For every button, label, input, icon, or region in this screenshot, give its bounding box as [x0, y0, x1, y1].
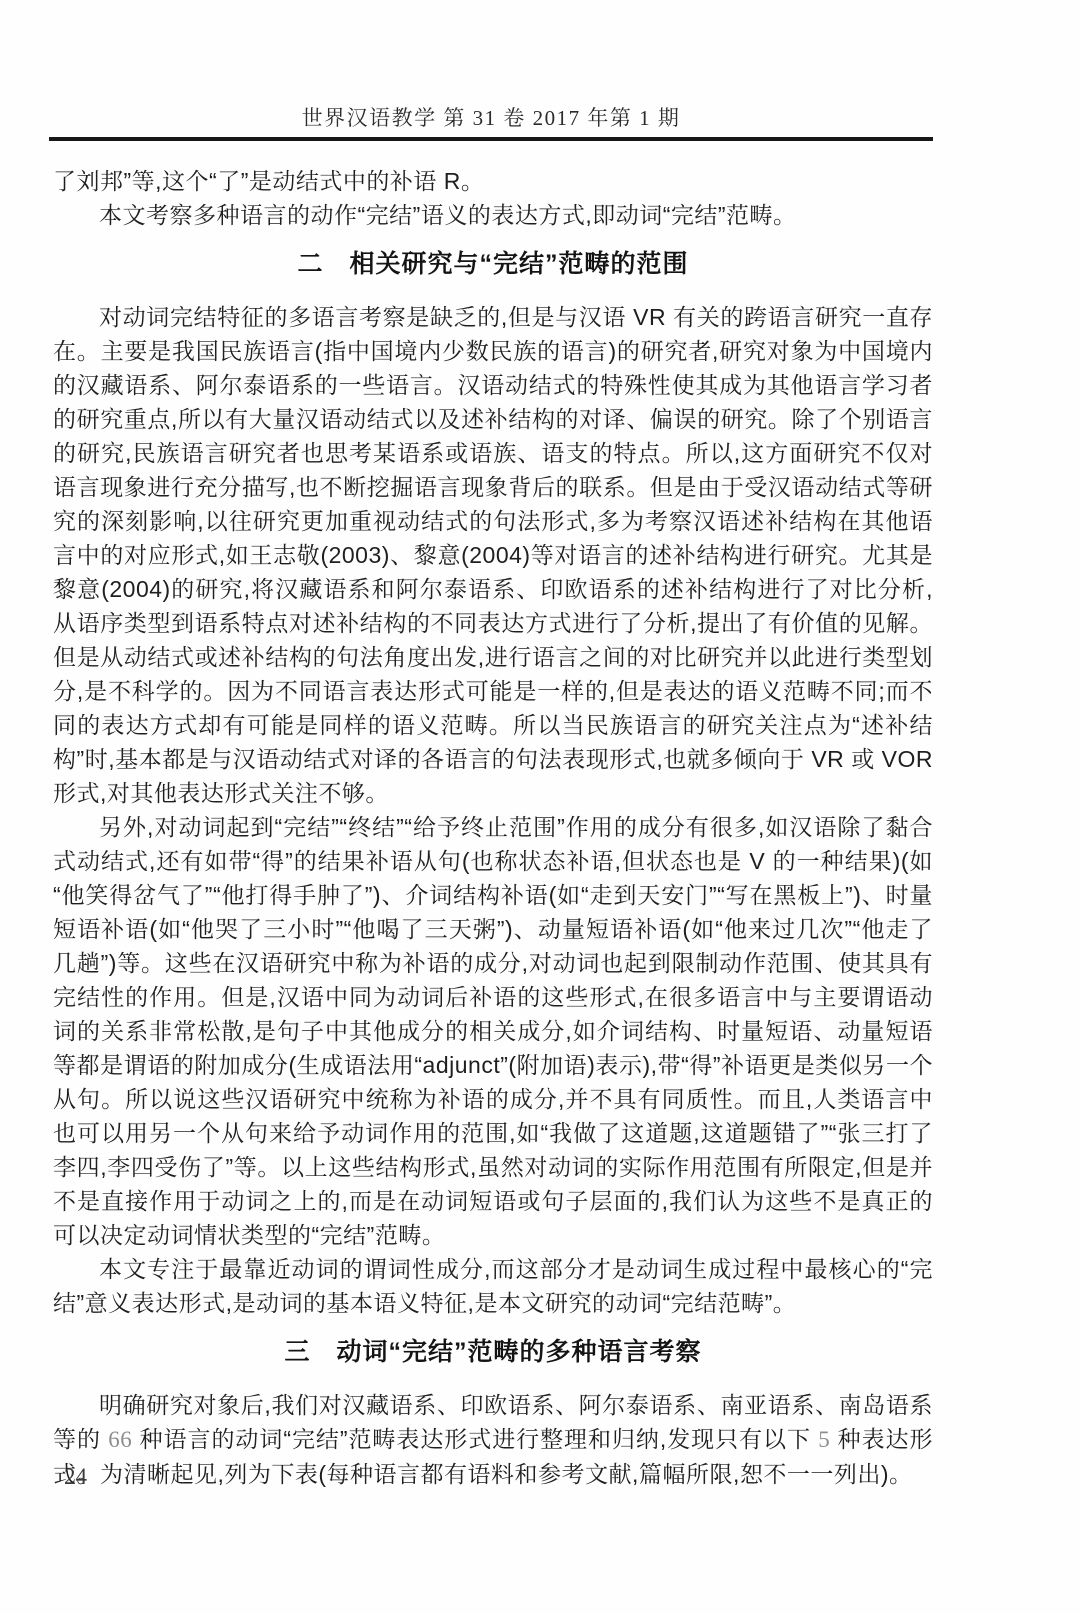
- section-heading-3: 三 动词“完结”范畴的多种语言考察: [53, 1334, 933, 1370]
- paragraph-text: 种语言的动词“完结”范畴表达形式进行整理和归纳,发现只有以下: [132, 1426, 818, 1452]
- paragraph-intro: 本文考察多种语言的动作“完结”语义的表达方式,即动词“完结”范畴。: [53, 198, 933, 232]
- paragraph-section2-1: 对动词完结特征的多语言考察是缺乏的,但是与汉语 VR 有关的跨语言研究一直存在。…: [53, 300, 933, 810]
- header-rule: [49, 137, 933, 141]
- language-count-value: 66: [108, 1427, 132, 1452]
- expression-type-count-value: 5: [818, 1427, 830, 1452]
- paragraph-section2-3: 本文专注于最靠近动词的谓词性成分,而这部分才是动词生成过程中最核心的“完结”意义…: [53, 1252, 933, 1320]
- paragraph-continuation: 了刘邦”等,这个“了”是动结式中的补语 R。: [53, 164, 933, 198]
- scanned-paper-page: 世界汉语教学 第 31 卷 2017 年第 1 期 了刘邦”等,这个“了”是动结…: [0, 0, 1080, 1613]
- article-body: 了刘邦”等,这个“了”是动结式中的补语 R。 本文考察多种语言的动作“完结”语义…: [53, 164, 933, 1491]
- paragraph-section2-2: 另外,对动词起到“完结”“终结”“给予终止范围”作用的成分有很多,如汉语除了黏合…: [53, 810, 933, 1252]
- section-heading-2: 二 相关研究与“完结”范畴的范围: [53, 246, 933, 282]
- paragraph-section3-1: 明确研究对象后,我们对汉藏语系、印欧语系、阿尔泰语系、南亚语系、南岛语系等的 6…: [53, 1388, 933, 1491]
- page-number: 24: [64, 1464, 87, 1490]
- journal-running-head: 世界汉语教学 第 31 卷 2017 年第 1 期: [49, 102, 933, 132]
